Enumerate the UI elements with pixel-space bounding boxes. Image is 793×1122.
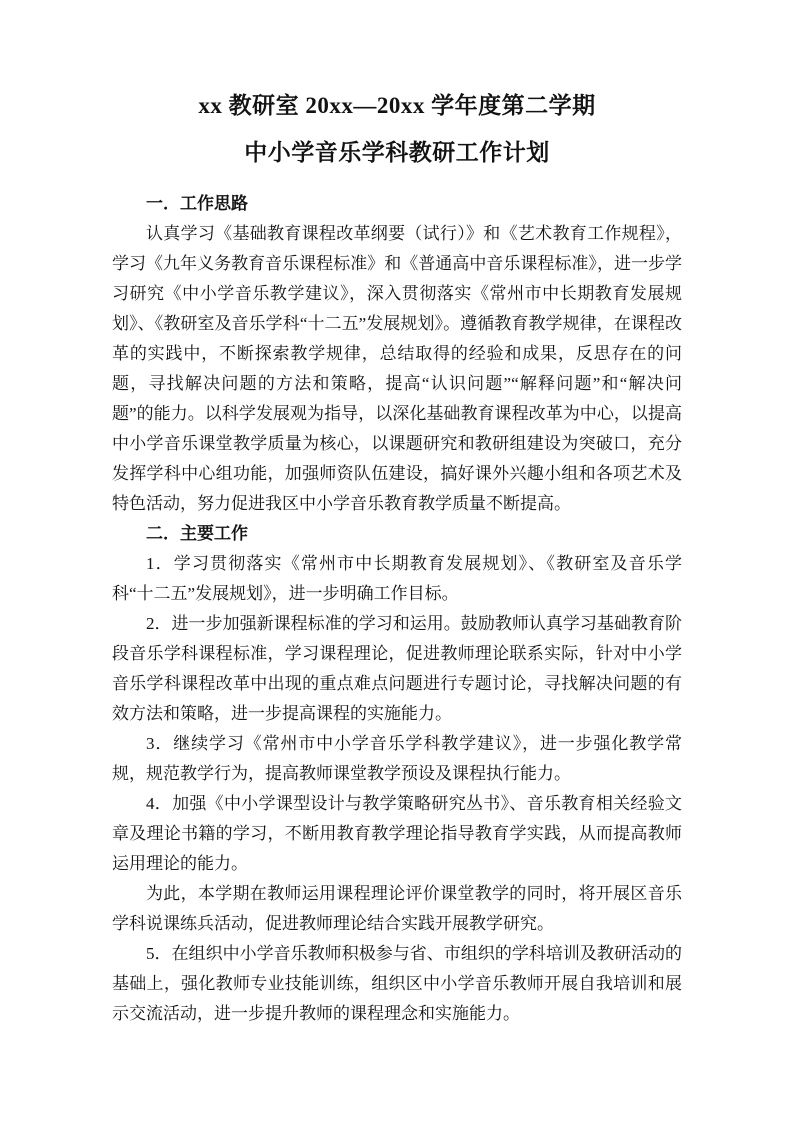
paragraph-work-approach: 认真学习《基础教育课程改革纲要（试行）》和《艺术教育工作规程》，学习《九年义务教… [112,219,682,519]
paragraph-task-2: 2．进一步加强新课程标准的学习和运用。鼓励教师认真学习基础教育阶段音乐学科课程标… [112,609,682,729]
document-page: xx 教研室 20xx—20xx 学年度第二学期 中小学音乐学科教研工作计划 一… [0,0,793,1122]
title-line-1: xx 教研室 20xx—20xx 学年度第二学期 [112,82,682,129]
paragraph-task-1: 1．学习贯彻落实《常州市中长期教育发展规划》、《教研室及音乐学科“十二五”发展规… [112,549,682,609]
paragraph-task-3: 3．继续学习《常州市中小学音乐学科教学建议》，进一步强化教学常规，规范教学行为，… [112,729,682,789]
paragraph-task-4-note: 为此，本学期在教师运用课程理论评价课堂教学的同时，将开展区音乐学科说课练兵活动，… [112,879,682,939]
section-heading-main-tasks: 二．主要工作 [112,519,682,549]
title-line-2: 中小学音乐学科教研工作计划 [112,129,682,176]
document-body: 一．工作思路 认真学习《基础教育课程改革纲要（试行）》和《艺术教育工作规程》，学… [112,189,682,1029]
document-content: xx 教研室 20xx—20xx 学年度第二学期 中小学音乐学科教研工作计划 一… [112,82,682,1029]
paragraph-task-4: 4．加强《中小学课型设计与教学策略研究丛书》、音乐教育相关经验文章及理论书籍的学… [112,789,682,879]
paragraph-task-5: 5．在组织中小学音乐教师积极参与省、市组织的学科培训及教研活动的基础上，强化教师… [112,939,682,1029]
page-title: xx 教研室 20xx—20xx 学年度第二学期 中小学音乐学科教研工作计划 [112,82,682,176]
section-heading-work-approach: 一．工作思路 [112,189,682,219]
